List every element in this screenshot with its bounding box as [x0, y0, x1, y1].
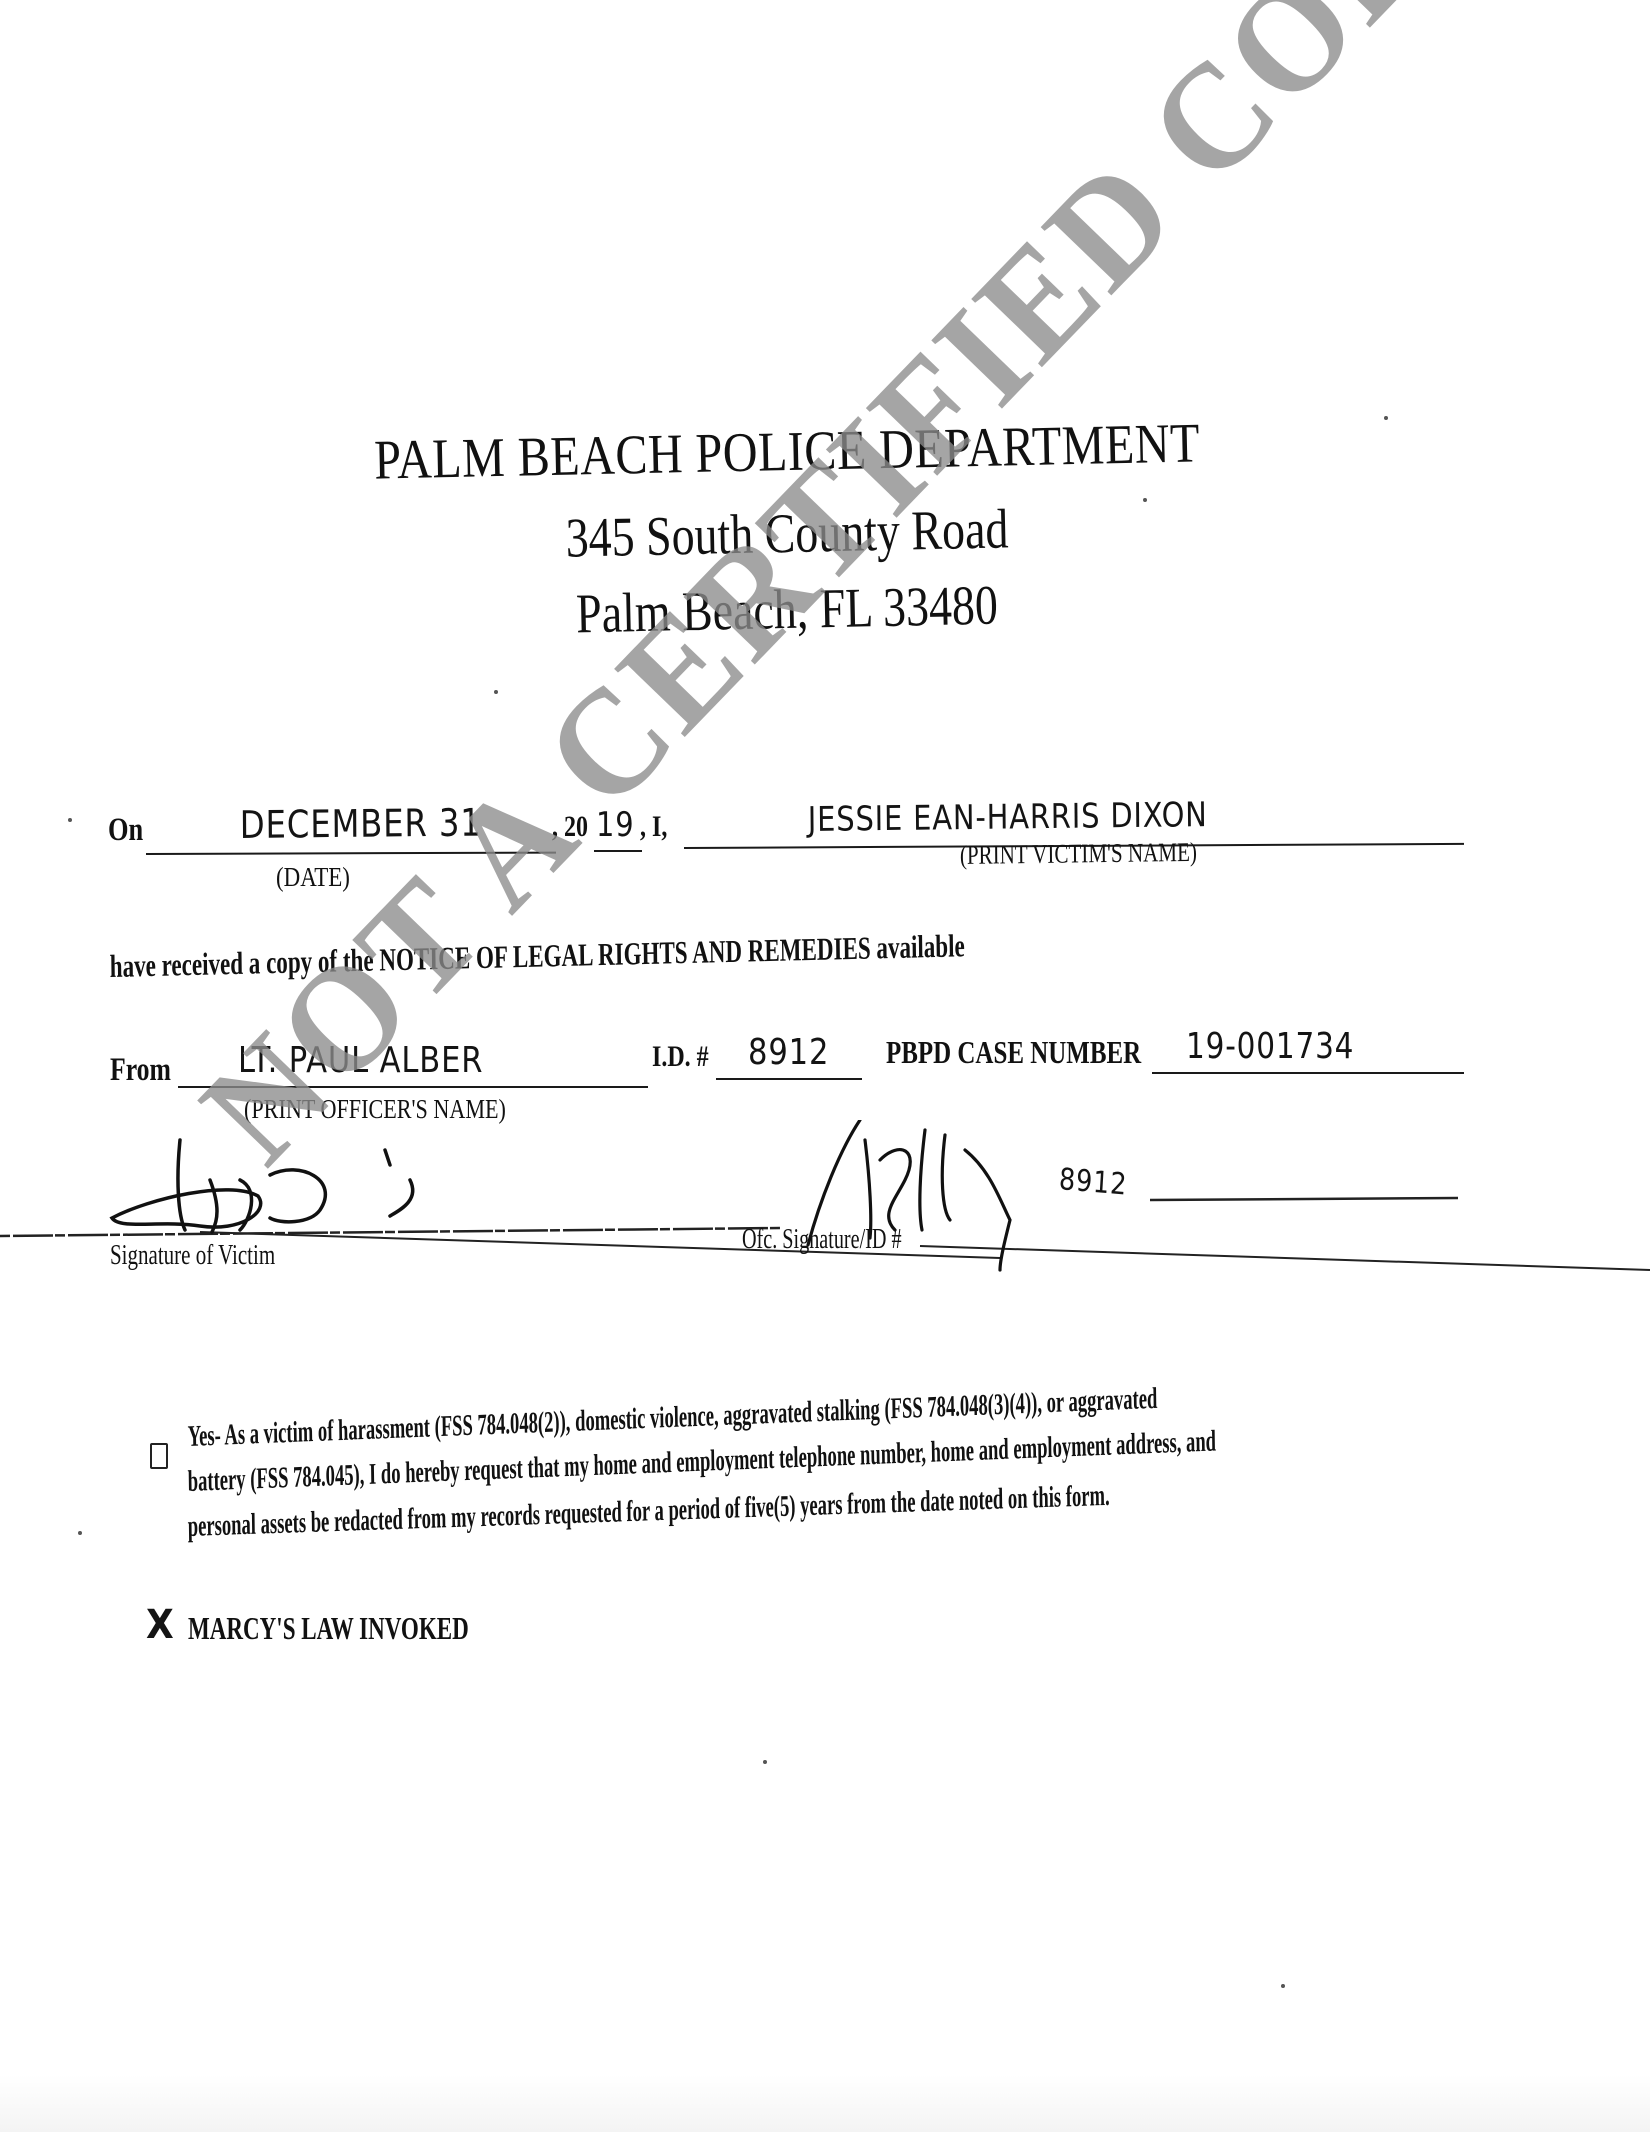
date-underline: [146, 852, 556, 855]
year-prefix: , 20: [552, 810, 588, 844]
received-text-post: available: [870, 927, 965, 965]
redaction-request-checkbox[interactable]: [150, 1443, 168, 1469]
id-label: I.D. #: [652, 1040, 709, 1074]
officer-name-underline: [178, 1086, 648, 1088]
officer-signature-id: 8912: [1058, 1162, 1128, 1203]
case-number-field[interactable]: 19-001734: [1186, 1026, 1354, 1067]
scan-speck: [1143, 498, 1147, 502]
i-label: , I,: [640, 810, 667, 844]
received-notice-text: have received a copy of the NOTICE OF LE…: [110, 927, 965, 985]
from-label: From: [110, 1052, 171, 1089]
date-caption: (DATE): [276, 862, 350, 893]
id-underline: [716, 1078, 862, 1080]
victim-name-field[interactable]: JESSIE EAN-HARRIS DIXON: [808, 795, 1208, 840]
officer-name-field[interactable]: LT. PAUL ALBER: [238, 1040, 483, 1081]
case-number-underline: [1152, 1072, 1464, 1074]
received-text-pre: have received a copy of the: [110, 941, 380, 984]
officer-signature-caption: Ofc. Signature/ID #: [742, 1224, 902, 1256]
id-field[interactable]: 8912: [748, 1032, 829, 1073]
scan-speck: [1281, 1984, 1285, 1988]
received-text-notice: NOTICE OF LEGAL RIGHTS AND REMEDIES: [379, 930, 871, 978]
case-number-label: PBPD CASE NUMBER: [886, 1034, 1141, 1071]
marcys-law-label: MARCY'S LAW INVOKED: [188, 1610, 469, 1647]
on-label: On: [108, 812, 143, 849]
victim-signature-caption: Signature of Victim: [110, 1240, 275, 1272]
year-underline: [594, 850, 642, 852]
scan-speck: [1384, 416, 1388, 420]
victim-signature: [112, 1140, 413, 1232]
scan-speck: [78, 1531, 82, 1535]
scan-speck: [763, 1760, 767, 1764]
scan-speck: [494, 690, 498, 694]
scan-speck: [68, 818, 72, 822]
department-name: PALM BEACH POLICE DEPARTMENT: [77, 405, 1497, 499]
department-city: Palm Beach, FL 33480: [110, 564, 1464, 656]
victim-name-caption: (PRINT VICTIM'S NAME): [960, 837, 1197, 871]
date-field[interactable]: DECEMBER 31: [240, 801, 482, 847]
department-street: 345 South County Road: [110, 488, 1464, 580]
marcys-law-checkbox[interactable]: X: [146, 1602, 175, 1648]
year-field[interactable]: 19: [596, 805, 634, 845]
